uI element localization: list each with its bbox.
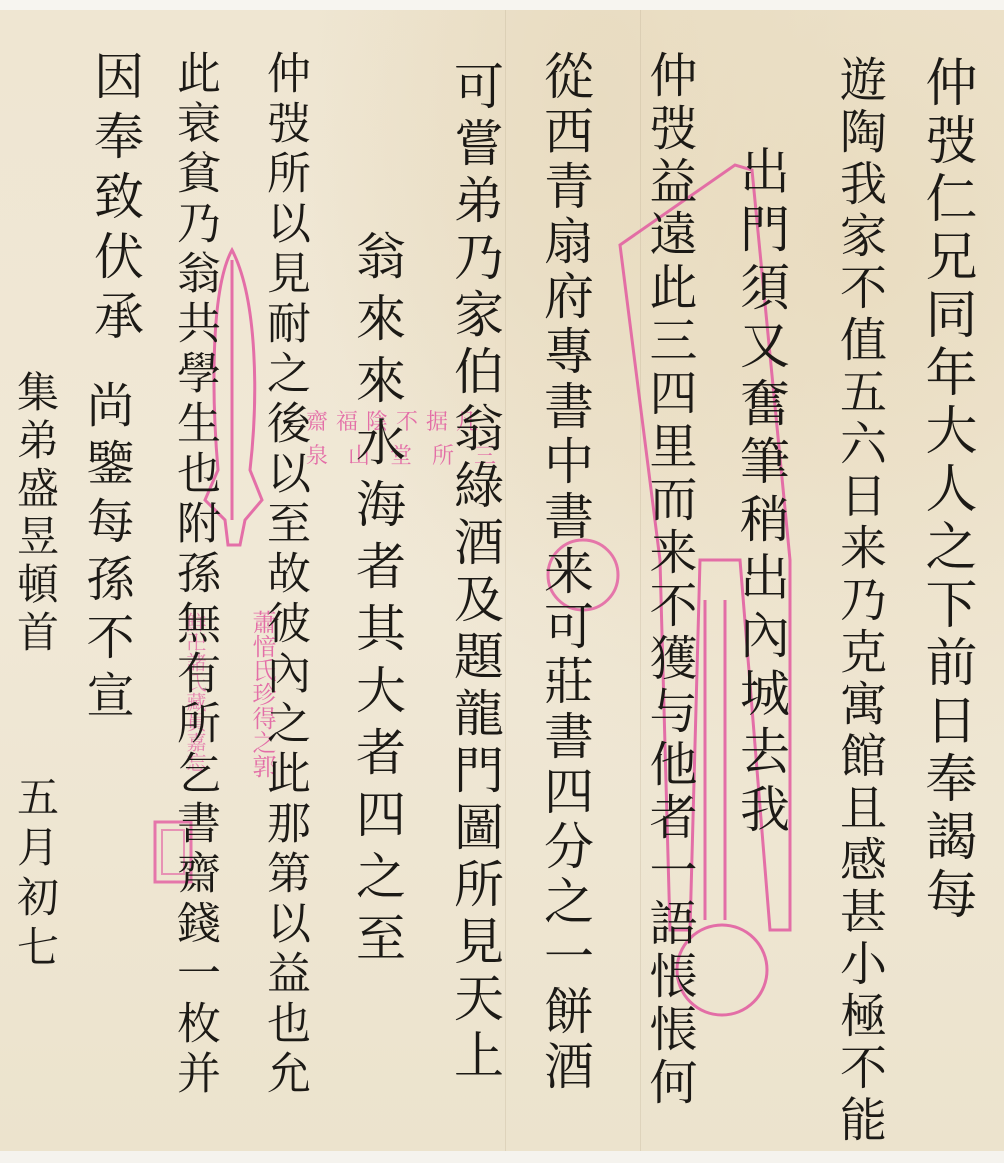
- letter-column-3: 出門須又奮筆稍出內城去我: [736, 145, 786, 841]
- letter-column-9: 此衰貧乃翁共學生也附孫無有所乞書齋錢一枚并: [172, 50, 216, 1100]
- letter-column-6: 可嘗弟乃家伯翁綠酒及題龍門圖所見天上: [450, 60, 500, 1086]
- letter-column-1: 仲弢仁兄同年大人之下前日奉謁每: [920, 55, 972, 925]
- letter-column-11: 尚鑒每孫不宣: [82, 380, 130, 728]
- letter-column-7: 翁來來水海者其大者四之至: [352, 230, 402, 974]
- letter-column-2: 遊陶我家不值五六日来乃克寓館且感甚小極不能: [836, 55, 883, 1147]
- letter-column-4: 仲弢益遠此三四里而来不獲与他者一語悵悵何: [645, 50, 693, 1110]
- letter-date: 五月初七: [14, 775, 56, 975]
- letter-signature: 集弟盛昱頓首: [14, 370, 56, 658]
- letter-column-8: 仲弢所以見耐之後以至故彼內之此那第以益也允: [262, 50, 306, 1100]
- letter-column-10: 因奉致伏承: [90, 50, 140, 350]
- scan-bottom-margin: [0, 1151, 1004, 1163]
- letter-column-5: 從西青扇府專書中書来可莊書四分之一餅酒: [540, 50, 590, 1095]
